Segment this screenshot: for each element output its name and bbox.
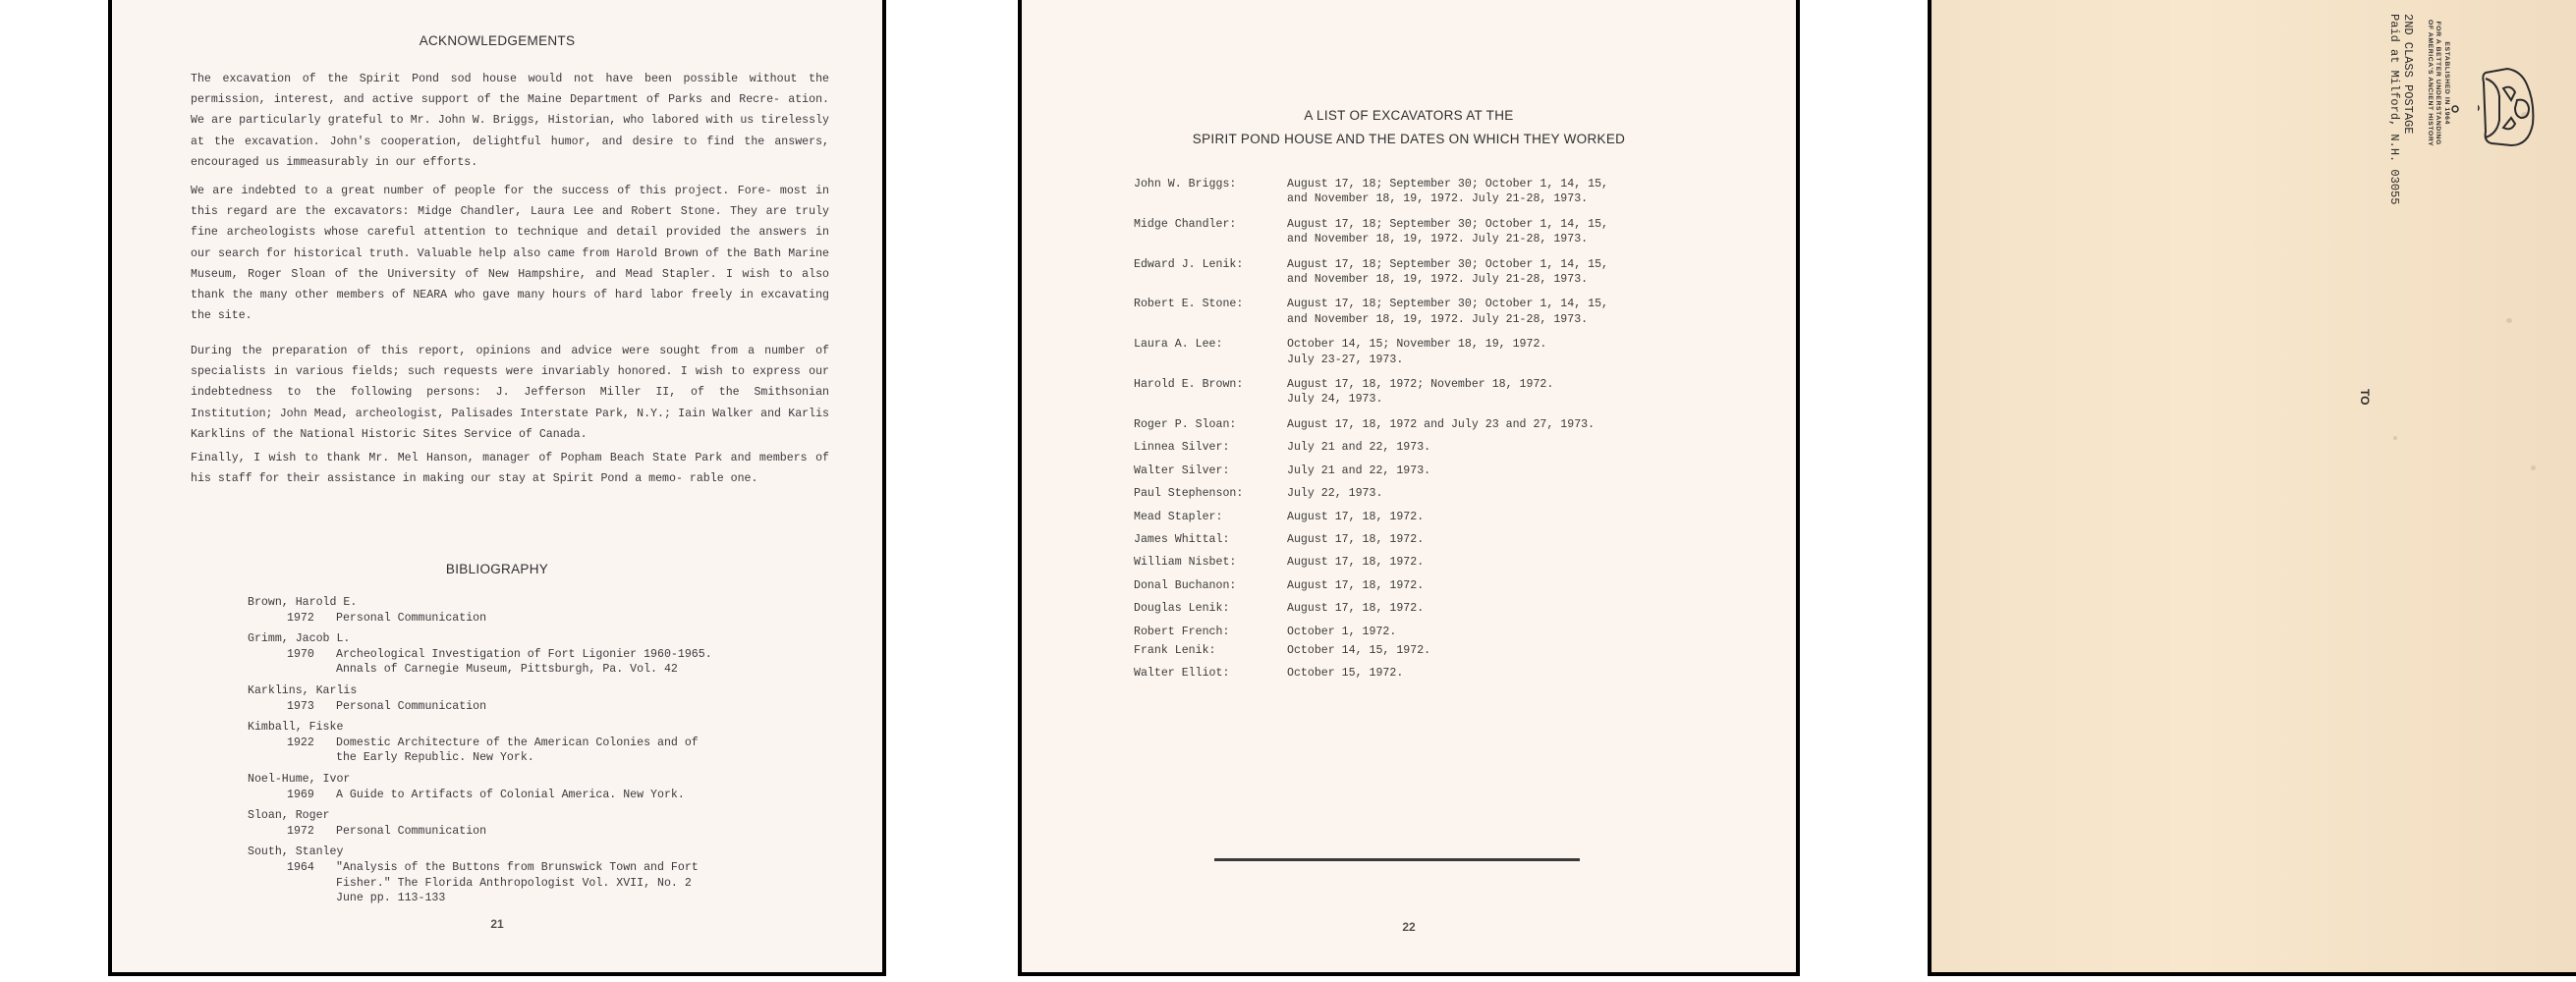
bibliography-entry: Noel-Hume, Ivor 1969A Guide to Artifacts… — [248, 772, 837, 802]
excavator-name: Douglas Lenik: — [1134, 601, 1287, 616]
ack-paragraph-3: During the preparation of this report, o… — [191, 341, 829, 445]
excavator-dates: August 17, 18, 1972. — [1287, 578, 1763, 593]
excavator-row: Walter Elliot:October 15, 1972. — [1134, 666, 1763, 681]
excavator-name: Linnea Silver: — [1134, 440, 1287, 455]
excavator-row: Robert E. Stone:August 17, 18; September… — [1134, 297, 1763, 327]
excavator-name: Frank Lenik: — [1134, 643, 1287, 658]
page-number: 22 — [1022, 920, 1796, 934]
excavators-list: John W. Briggs:August 17, 18; September … — [1134, 177, 1763, 682]
bib-author: Noel-Hume, Ivor — [248, 772, 837, 788]
bib-year: 1922 — [248, 736, 336, 766]
excavator-dates: August 17, 18; September 30; October 1, … — [1287, 217, 1763, 247]
bib-year: 1964 — [248, 860, 336, 906]
excavator-dates: August 17, 18, 1972. — [1287, 532, 1763, 547]
bib-year: 1973 — [248, 699, 336, 715]
postage-line: Paid at Milford, N.H. 03055 — [2387, 14, 2401, 204]
excavator-dates: August 17, 18, 1972. — [1287, 601, 1763, 616]
excavator-name: Walter Elliot: — [1134, 666, 1287, 681]
excavator-name: Walter Silver: — [1134, 464, 1287, 478]
excavator-name: Edward J. Lenik: — [1134, 257, 1287, 288]
page-acknowledgements: ACKNOWLEDGEMENTS The excavation of the S… — [108, 0, 886, 976]
excavator-name: Donal Buchanon: — [1134, 578, 1287, 593]
ack-paragraph-2: We are indebted to a great number of peo… — [191, 181, 829, 326]
excavator-row: Robert French:October 1, 1972. — [1134, 625, 1763, 639]
excavator-row: James Whittal:August 17, 18, 1972. — [1134, 532, 1763, 547]
excavator-name: James Whittal: — [1134, 532, 1287, 547]
bibliography-list: Brown, Harold E. 1972Personal Communicat… — [248, 595, 837, 912]
excavator-row: Laura A. Lee:October 14, 15; November 18… — [1134, 337, 1763, 367]
bib-author: South, Stanley — [248, 845, 837, 860]
page-number: 21 — [112, 917, 882, 931]
excavator-row: Midge Chandler:August 17, 18; September … — [1134, 217, 1763, 247]
excavator-dates: July 21 and 22, 1973. — [1287, 440, 1763, 455]
bib-author: Kimball, Fiske — [248, 720, 837, 736]
excavator-dates: October 15, 1972. — [1287, 666, 1763, 681]
page-back-cover: ESTABLISHED IN 1964 FOR A BETTER UNDERST… — [1928, 0, 2576, 976]
excavator-dates: August 17, 18; September 30; October 1, … — [1287, 297, 1763, 327]
excavator-dates: August 17, 18, 1972. — [1287, 555, 1763, 570]
bib-text: "Analysis of the Buttons from Brunswick … — [336, 860, 837, 906]
bib-text: Personal Communication — [336, 824, 837, 840]
postage-indicia: 2ND CLASS POSTAGE Paid at Milford, N.H. … — [2387, 14, 2415, 204]
bib-year: 1970 — [248, 647, 336, 678]
bib-year: 1969 — [248, 788, 336, 803]
bib-author: Grimm, Jacob L. — [248, 631, 837, 647]
bibliography-entry: Kimball, Fiske 1922Domestic Architecture… — [248, 720, 837, 766]
excavator-row: Roger P. Sloan:August 17, 18, 1972 and J… — [1134, 417, 1763, 432]
excavators-heading-line2: SPIRIT POND HOUSE AND THE DATES ON WHICH… — [1022, 132, 1796, 146]
bib-author: Karklins, Karlis — [248, 683, 837, 699]
bib-text: Archeological Investigation of Fort Ligo… — [336, 647, 837, 678]
bib-year: 1972 — [248, 611, 336, 627]
excavator-row: Harold E. Brown:August 17, 18, 1972; Nov… — [1134, 377, 1763, 408]
excavator-row: Frank Lenik:October 14, 15, 1972. — [1134, 643, 1763, 658]
bibliography-entry: South, Stanley 1964"Analysis of the Butt… — [248, 845, 837, 905]
excavator-name: Roger P. Sloan: — [1134, 417, 1287, 432]
logo-caption-line: ESTABLISHED IN 1964 — [2442, 20, 2451, 146]
bib-text: A Guide to Artifacts of Colonial America… — [336, 788, 837, 803]
ack-paragraph-1: The excavation of the Spirit Pond sod ho… — [191, 69, 829, 173]
excavator-row: Walter Silver:July 21 and 22, 1973. — [1134, 464, 1763, 478]
excavator-name: Midge Chandler: — [1134, 217, 1287, 247]
bibliography-entry: Brown, Harold E. 1972Personal Communicat… — [248, 595, 837, 626]
excavator-dates: August 17, 18, 1972. — [1287, 510, 1763, 524]
seated-figure-emblem-icon — [2478, 63, 2537, 153]
horizontal-rule — [1214, 858, 1580, 861]
excavator-row: William Nisbet:August 17, 18, 1972. — [1134, 555, 1763, 570]
postage-line: 2ND CLASS POSTAGE — [2401, 14, 2415, 204]
excavator-name: Laura A. Lee: — [1134, 337, 1287, 367]
excavator-dates: August 17, 18; September 30; October 1, … — [1287, 257, 1763, 288]
excavator-dates: October 14, 15, 1972. — [1287, 643, 1763, 658]
bibliography-entry: Grimm, Jacob L. 1970Archeological Invest… — [248, 631, 837, 678]
bibliography-entry: Sloan, Roger 1972Personal Communication — [248, 808, 837, 839]
excavator-dates: August 17, 18, 1972; November 18, 1972. … — [1287, 377, 1763, 408]
bibliography-heading: BIBLIOGRAPHY — [112, 562, 882, 576]
excavator-dates: October 14, 15; November 18, 19, 1972. J… — [1287, 337, 1763, 367]
logo-caption-line: FOR A BETTER UNDERSTANDING — [2434, 20, 2442, 146]
address-to-label: TO — [2358, 389, 2372, 405]
excavator-name: Mead Stapler: — [1134, 510, 1287, 524]
excavator-name: Paul Stephenson: — [1134, 486, 1287, 501]
excavator-dates: October 1, 1972. — [1287, 625, 1763, 639]
excavator-row: John W. Briggs:August 17, 18; September … — [1134, 177, 1763, 207]
excavator-name: Harold E. Brown: — [1134, 377, 1287, 408]
excavators-heading-line1: A LIST OF EXCAVATORS AT THE — [1022, 108, 1796, 123]
excavator-row: Douglas Lenik:August 17, 18, 1972. — [1134, 601, 1763, 616]
acknowledgements-heading: ACKNOWLEDGEMENTS — [112, 33, 882, 48]
ack-paragraph-4: Finally, I wish to thank Mr. Mel Hanson,… — [191, 448, 829, 489]
excavator-dates: August 17, 18, 1972 and July 23 and 27, … — [1287, 417, 1763, 432]
bib-text: Personal Communication — [336, 611, 837, 627]
bib-author: Brown, Harold E. — [248, 595, 837, 611]
bib-author: Sloan, Roger — [248, 808, 837, 824]
page-excavators: A LIST OF EXCAVATORS AT THE SPIRIT POND … — [1018, 0, 1800, 976]
excavator-row: Edward J. Lenik:August 17, 18; September… — [1134, 257, 1763, 288]
excavator-row: Donal Buchanon:August 17, 18, 1972. — [1134, 578, 1763, 593]
excavator-dates: August 17, 18; September 30; October 1, … — [1287, 177, 1763, 207]
excavator-dates: July 22, 1973. — [1287, 486, 1763, 501]
logo-caption: ESTABLISHED IN 1964 FOR A BETTER UNDERST… — [2426, 20, 2451, 146]
excavator-row: Linnea Silver:July 21 and 22, 1973. — [1134, 440, 1763, 455]
bib-year: 1972 — [248, 824, 336, 840]
excavator-row: Mead Stapler:August 17, 18, 1972. — [1134, 510, 1763, 524]
excavator-dates: July 21 and 22, 1973. — [1287, 464, 1763, 478]
bib-text: Domestic Architecture of the American Co… — [336, 736, 837, 766]
bibliography-entry: Karklins, Karlis 1973Personal Communicat… — [248, 683, 837, 714]
circle-ornament-icon — [2450, 104, 2460, 114]
excavator-name: William Nisbet: — [1134, 555, 1287, 570]
excavator-name: John W. Briggs: — [1134, 177, 1287, 207]
excavator-name: Robert French: — [1134, 625, 1287, 639]
excavator-name: Robert E. Stone: — [1134, 297, 1287, 327]
bib-text: Personal Communication — [336, 699, 837, 715]
logo-caption-line: OF AMERICA'S ANCIENT HISTORY — [2426, 20, 2435, 146]
excavator-row: Paul Stephenson:July 22, 1973. — [1134, 486, 1763, 501]
